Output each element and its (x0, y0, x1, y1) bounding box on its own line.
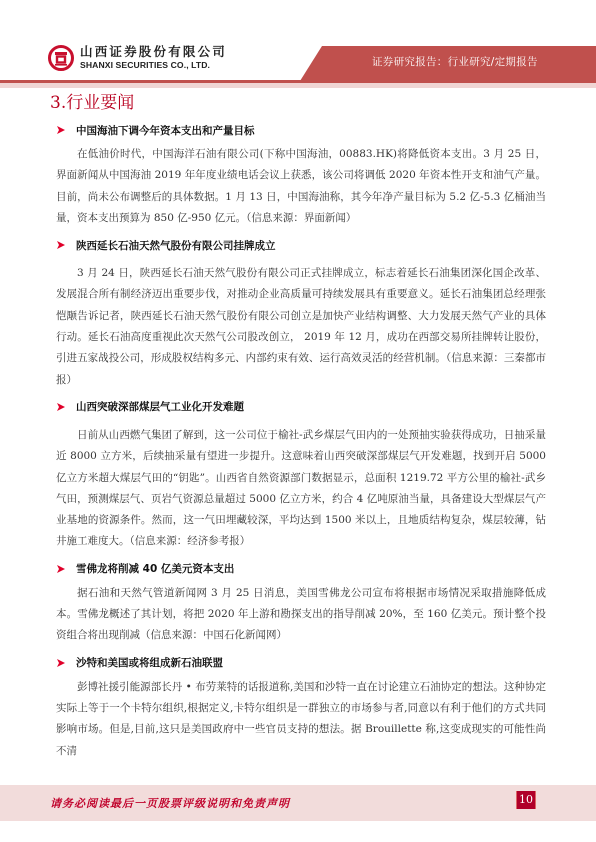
page-header: 山西证券股份有限公司 SHANXI SECURITIES CO., LTD. 证… (0, 0, 596, 90)
news-item: 山西突破深部煤层气工业化开发难题 日前从山西燃气集团了解到，这一公司位于榆社-武… (56, 397, 546, 553)
news-item-title: 中国海油下调今年资本支出和产量目标 (76, 123, 255, 138)
news-item: 沙特和美国或将组成新石油联盟 彭博社援引能源部长丹 • 布劳莱特的话报道称,美国… (56, 653, 546, 762)
news-item-title: 山西突破深部煤层气工业化开发难题 (76, 399, 244, 414)
shanxi-securities-logo-icon (48, 45, 74, 71)
news-item: 雪佛龙将削减 40 亿美元资本支出 据石油和天然气管道新闻网 3 月 25 日消… (56, 559, 546, 647)
news-item-body: 据石油和天然气管道新闻网 3 月 25 日消息，美国雪佛龙公司宣布将根据市场情况… (56, 583, 546, 647)
news-item-body: 彭博社援引能源部长丹 • 布劳莱特的话报道称,美国和沙特一直在讨论建立石油协定的… (56, 677, 546, 762)
news-item-title: 雪佛龙将削减 40 亿美元资本支出 (76, 561, 234, 576)
arrow-bullet-icon (56, 240, 66, 250)
news-list: 中国海油下调今年资本支出和产量目标 在低油价时代，中国海洋石油有限公司(下称中国… (56, 120, 546, 768)
news-item-body: 3 月 24 日，陕西延长石油天然气股份有限公司正式挂牌成立，标志着延长石油集团… (56, 263, 546, 391)
section-title: 3.行业要闻 (50, 88, 134, 113)
page-number: 10 (516, 791, 536, 809)
news-item-body: 日前从山西燃气集团了解到，这一公司位于榆社-武乡煤层气田内的一处预抽实验获得成功… (56, 425, 546, 553)
news-item-title: 陕西延长石油天然气股份有限公司挂牌成立 (76, 238, 276, 253)
arrow-bullet-icon (56, 402, 66, 412)
company-name-cn: 山西证券股份有限公司 (80, 46, 227, 59)
arrow-bullet-icon (56, 125, 66, 135)
company-name-en: SHANXI SECURITIES CO., LTD. (80, 61, 227, 70)
page-footer: 请务必阅读最后一页股票评级说明和免责声明 10 (0, 785, 596, 821)
news-item-body: 在低油价时代，中国海洋石油有限公司(下称中国海油，00883.HK)将降低资本支… (56, 144, 546, 229)
news-item: 中国海油下调今年资本支出和产量目标 在低油价时代，中国海洋石油有限公司(下称中国… (56, 120, 546, 229)
arrow-bullet-icon (56, 658, 66, 668)
arrow-bullet-icon (56, 564, 66, 574)
news-item: 陕西延长石油天然气股份有限公司挂牌成立 3 月 24 日，陕西延长石油天然气股份… (56, 235, 546, 391)
disclaimer-note: 请务必阅读最后一页股票评级说明和免责声明 (50, 795, 290, 811)
company-logo: 山西证券股份有限公司 SHANXI SECURITIES CO., LTD. (48, 42, 227, 74)
news-item-title: 沙特和美国或将组成新石油联盟 (76, 655, 223, 670)
report-type: 证券研究报告：行业研究/定期报告 (372, 54, 538, 69)
